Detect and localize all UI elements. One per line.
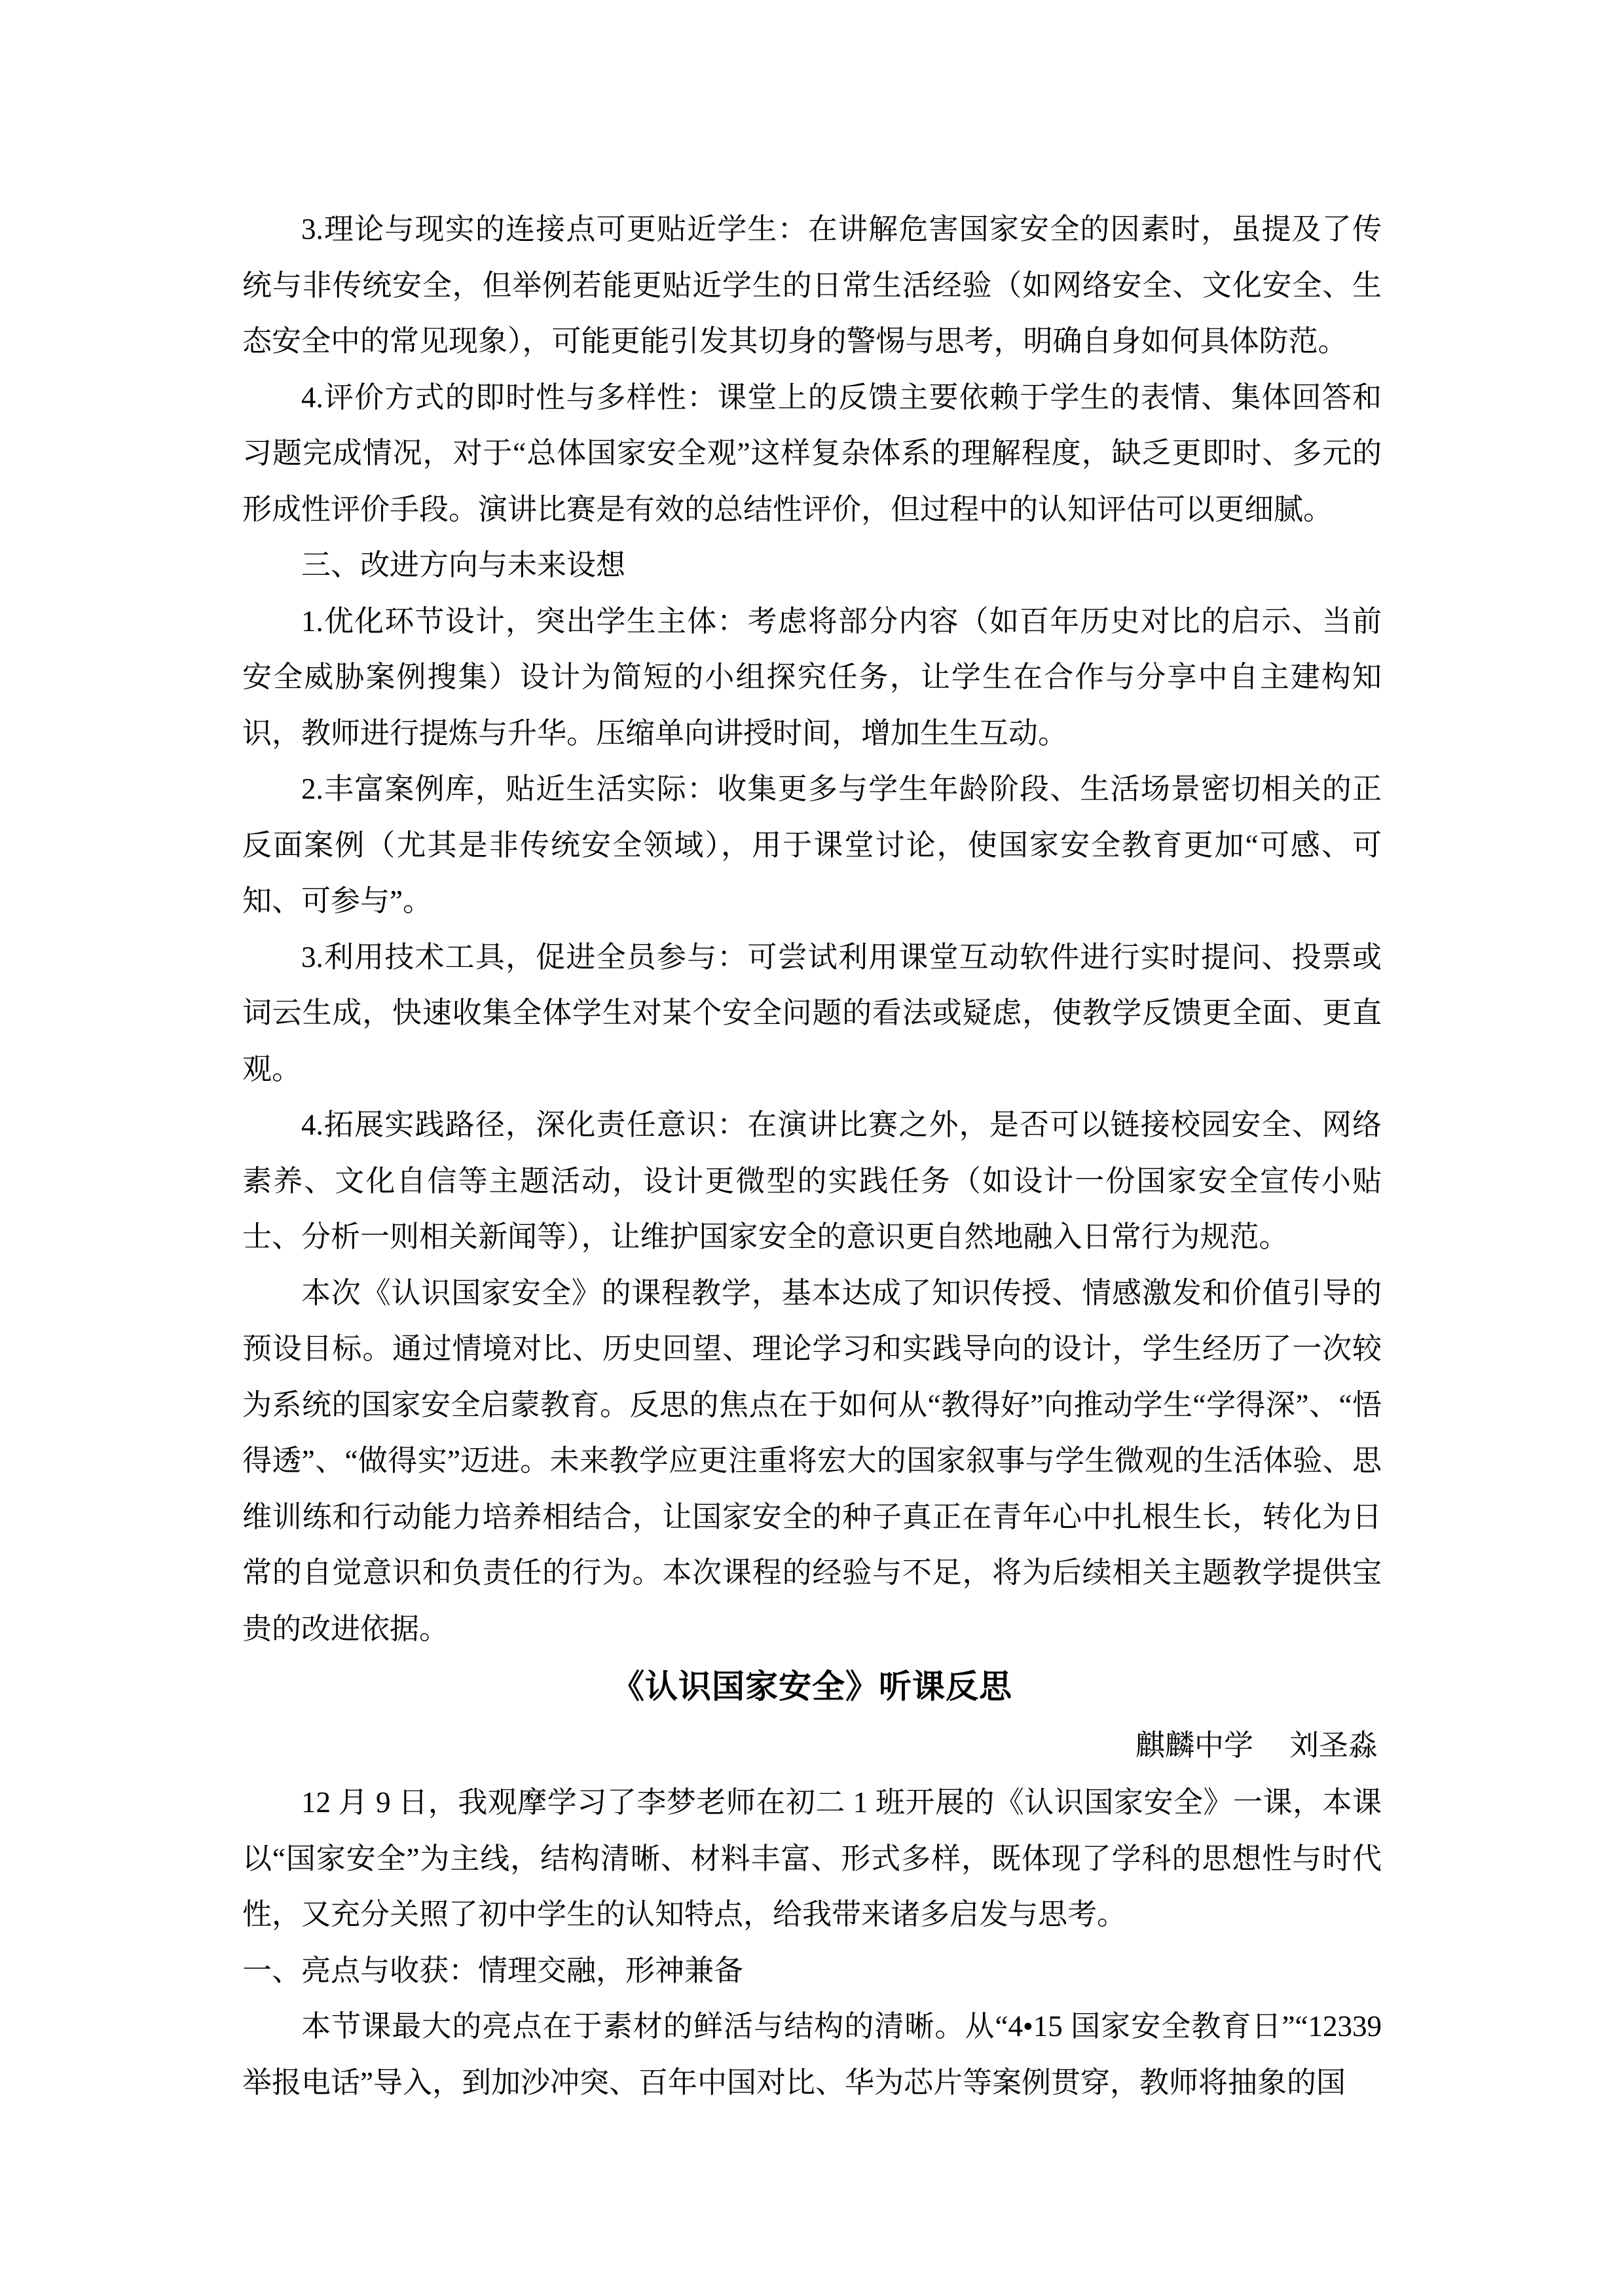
paragraph-point-4-evaluation: 4.评价方式的即时性与多样性：课堂上的反馈主要依赖于学生的表情、集体回答和习题完…: [242, 370, 1382, 538]
section-heading-improvement: 三、改进方向与未来设想: [242, 538, 1382, 594]
paragraph-improve-3-technology: 3.利用技术工具，促进全员参与：可尝试利用课堂互动软件进行实时提问、投票或词云生…: [242, 930, 1382, 1098]
section-heading-highlights: 一、亮点与收获：情理交融，形神兼备: [242, 1943, 1382, 1999]
paragraph-improve-1-design: 1.优化环节设计，突出学生主体：考虑将部分内容（如百年历史对比的启示、当前安全威…: [242, 594, 1382, 762]
document-page: 3.理论与现实的连接点可更贴近学生：在讲解危害国家安全的因素时，虽提及了传统与非…: [0, 0, 1624, 2296]
paragraph-highlights-detail: 本节课最大的亮点在于素材的鲜活与结构的清晰。从“4•15 国家安全教育日”“12…: [242, 1999, 1382, 2111]
document-title: 《认识国家安全》听课反思: [242, 1657, 1382, 1716]
byline-author: 刘圣淼: [1289, 1716, 1378, 1775]
paragraph-improve-4-practice: 4.拓展实践路径，深化责任意识：在演讲比赛之外，是否可以链接校园安全、网络素养、…: [242, 1097, 1382, 1266]
paragraph-point-3-theory-reality: 3.理论与现实的连接点可更贴近学生：在讲解危害国家安全的因素时，虽提及了传统与非…: [242, 202, 1382, 370]
byline-school: 麒麟中学: [1135, 1716, 1253, 1775]
paragraph-improve-2-cases: 2.丰富案例库，贴近生活实际：收集更多与学生年龄阶段、生活场景密切相关的正反面案…: [242, 761, 1382, 930]
paragraph-lesson-intro: 12 月 9 日，我观摩学习了李梦老师在初二 1 班开展的《认识国家安全》一课，…: [242, 1775, 1382, 1943]
paragraph-summary: 本次《认识国家安全》的课程教学，基本达成了知识传授、情感激发和价值引导的预设目标…: [242, 1266, 1382, 1658]
document-content: 3.理论与现实的连接点可更贴近学生：在讲解危害国家安全的因素时，虽提及了传统与非…: [242, 202, 1382, 2111]
byline: 麒麟中学 刘圣淼: [242, 1716, 1382, 1775]
